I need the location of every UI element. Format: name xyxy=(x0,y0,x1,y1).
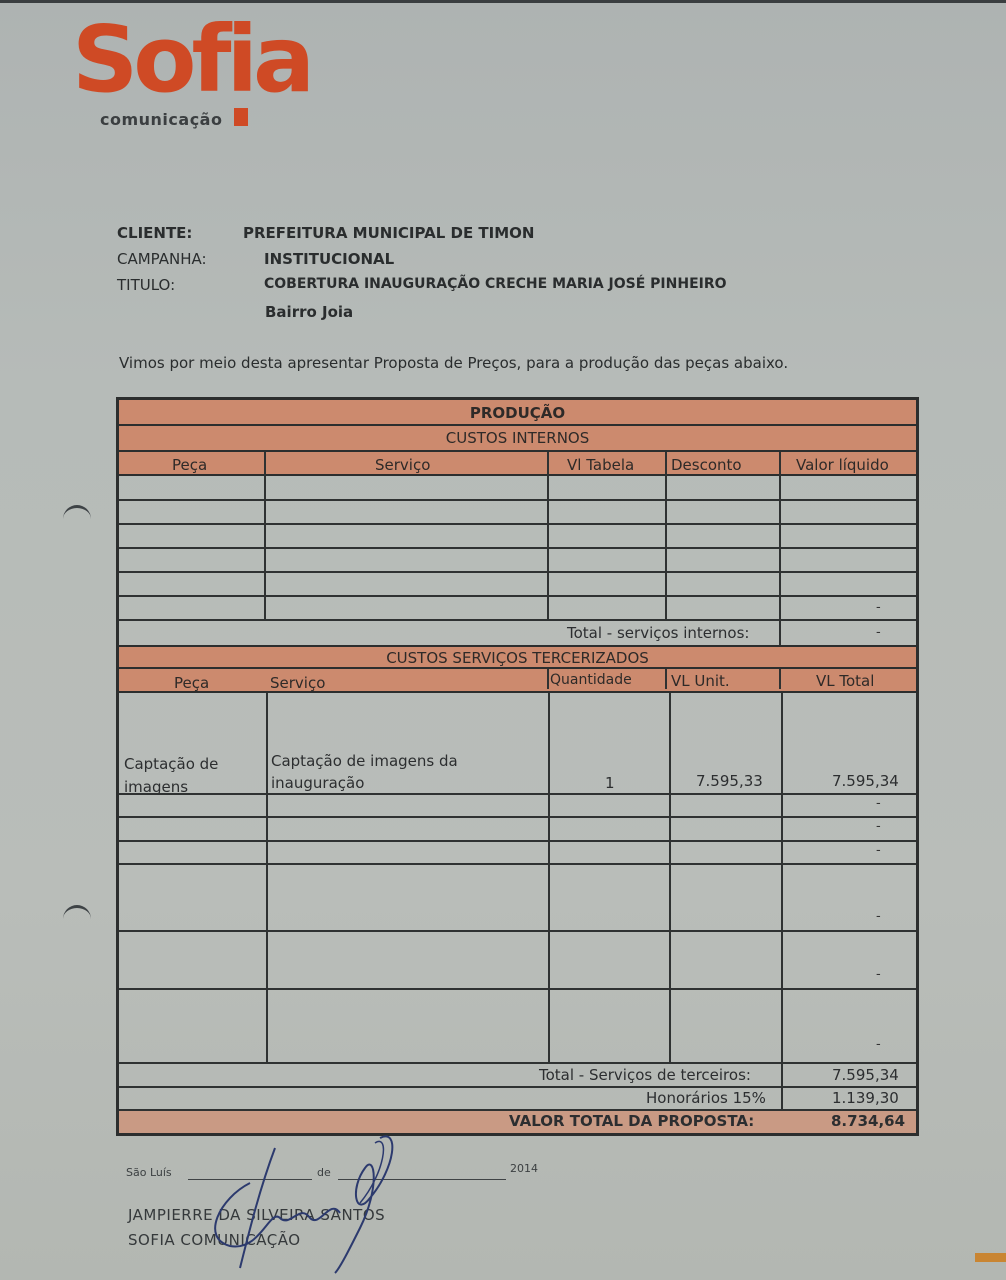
row-divider xyxy=(119,523,916,525)
row-divider xyxy=(119,988,916,990)
external-col-quantidade: Quantidade xyxy=(550,672,632,688)
ext-row-1-servico-1: Captação de imagens da xyxy=(271,752,458,770)
table-title: PRODUÇÃO xyxy=(119,400,916,426)
logo-subtitle: comunicação xyxy=(100,110,222,129)
titulo-value: COBERTURA INAUGURAÇÃO CRECHE MARIA JOSÉ … xyxy=(264,276,727,292)
internal-total-value: - xyxy=(876,625,881,640)
row-divider xyxy=(119,1062,916,1064)
row-divider xyxy=(119,930,916,932)
ext-row-4-vl-total: - xyxy=(876,843,881,858)
campanha-label: CAMPANHA: xyxy=(117,250,207,268)
titulo-value-2: Bairro Joia xyxy=(265,303,353,321)
cliente-label: CLIENTE: xyxy=(117,224,192,242)
grand-total-value: 8.734,64 xyxy=(831,1112,905,1130)
ext-row-1-vl-total: 7.595,34 xyxy=(832,772,899,790)
corner-mark xyxy=(975,1253,1006,1262)
intro-text: Vimos por meio desta apresentar Proposta… xyxy=(119,354,788,372)
cliente-value: PREFEITURA MUNICIPAL DE TIMON xyxy=(243,224,534,242)
row-divider xyxy=(119,595,916,597)
col-divider xyxy=(779,669,781,689)
row-divider xyxy=(119,793,916,795)
internal-section-title: CUSTOS INTERNOS xyxy=(119,426,916,452)
production-table: PRODUÇÃO CUSTOS INTERNOS Peça Serviço Vl… xyxy=(116,397,919,1136)
logo-square-icon xyxy=(234,108,248,126)
ext-row-1-servico-2: inauguração xyxy=(271,774,364,792)
ext-row-3-vl-total: - xyxy=(876,819,881,834)
col-divider xyxy=(548,693,550,1063)
internal-col-valor-liquido: Valor líquido xyxy=(796,456,889,474)
external-col-servico: Serviço xyxy=(270,674,325,692)
row-divider xyxy=(119,1086,916,1088)
third-party-total-value: 7.595,34 xyxy=(832,1066,899,1084)
ext-row-1-vl-unit: 7.595,33 xyxy=(696,772,763,790)
logo-wordmark: Sofia xyxy=(72,14,310,106)
ext-row-2-vl-total: - xyxy=(876,796,881,811)
col-divider xyxy=(781,693,783,1111)
ext-row-6-vl-total: - xyxy=(876,967,881,982)
punch-hole-icon xyxy=(63,505,91,533)
row-divider xyxy=(119,499,916,501)
external-section-title: CUSTOS SERVIÇOS TERCERIZADOS xyxy=(119,645,916,669)
third-party-total-label: Total - Serviços de terceiros: xyxy=(539,1066,751,1084)
ext-row-7-vl-total: - xyxy=(876,1037,881,1052)
ext-row-1-quantidade: 1 xyxy=(605,774,615,792)
punch-hole-icon xyxy=(63,905,91,933)
internal-total-label: Total - serviços internos: xyxy=(567,624,749,642)
row-divider xyxy=(119,619,916,621)
internal-col-vl-tabela: Vl Tabela xyxy=(567,456,634,474)
campanha-value: INSTITUCIONAL xyxy=(264,250,394,268)
row-divider xyxy=(119,547,916,549)
external-header-row xyxy=(119,669,916,693)
col-divider xyxy=(266,693,268,1063)
internal-col-peca: Peça xyxy=(172,456,207,474)
external-col-vl-unit: VL Unit. xyxy=(671,672,730,690)
col-divider xyxy=(547,669,549,689)
row-divider xyxy=(119,571,916,573)
year-label: 2014 xyxy=(510,1162,538,1175)
fee-value: 1.139,30 xyxy=(832,1089,899,1107)
col-divider xyxy=(669,693,671,1063)
external-col-vl-total: VL Total xyxy=(816,672,874,690)
handwritten-signature-icon xyxy=(180,1128,410,1278)
internal-col-servico: Serviço xyxy=(375,456,430,474)
company-logo: Sofia comunicação xyxy=(72,14,310,106)
row-divider xyxy=(119,840,916,842)
grand-total-label: VALOR TOTAL DA PROPOSTA: xyxy=(509,1112,754,1130)
col-divider xyxy=(665,669,667,689)
ext-row-5-vl-total: - xyxy=(876,909,881,924)
fee-label: Honorários 15% xyxy=(646,1089,766,1107)
top-edge xyxy=(0,0,1006,3)
row-divider xyxy=(119,863,916,865)
row-divider xyxy=(119,816,916,818)
internal-row-6-valor: - xyxy=(876,600,881,615)
place-label: São Luís xyxy=(126,1166,172,1179)
internal-col-desconto: Desconto xyxy=(671,456,742,474)
titulo-label: TITULO: xyxy=(117,276,175,294)
external-col-peca: Peça xyxy=(174,674,209,692)
ext-row-1-peca-1: Captação de xyxy=(124,755,218,773)
